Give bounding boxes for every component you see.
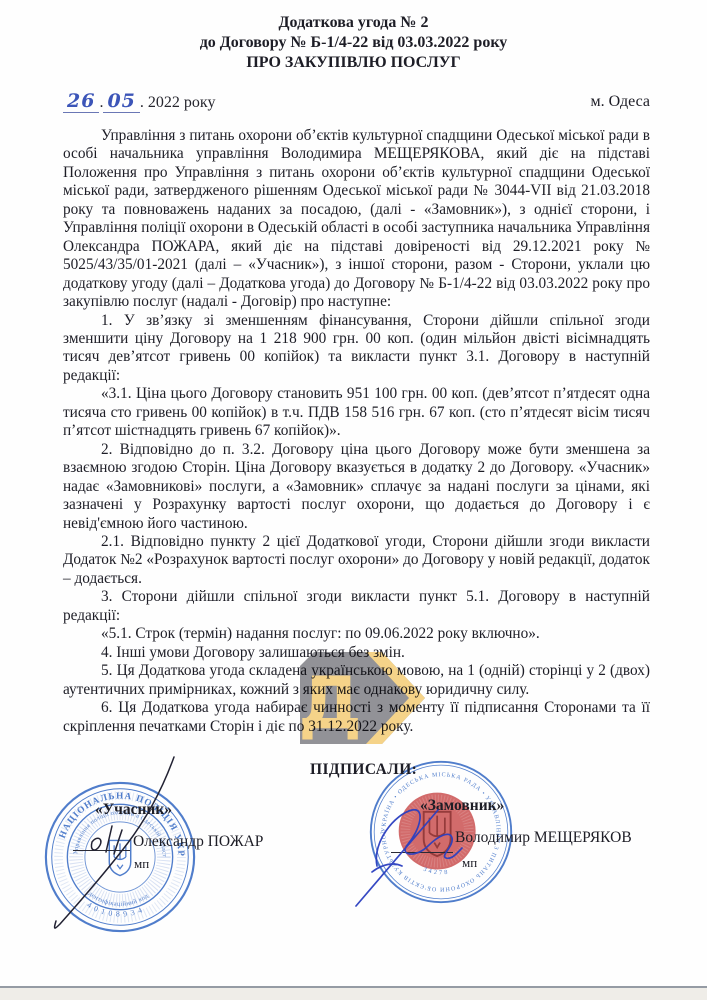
handwritten-month: 05 — [103, 90, 139, 113]
document-title-line2: до Договору № Б-1/4-22 від 03.03.2022 ро… — [0, 33, 707, 53]
document-title-block: Додаткова угода № 2 до Договору № Б-1/4-… — [0, 0, 707, 73]
clause-2: 2. Відповідно до п. 3.2. Договору ціна ц… — [63, 441, 650, 533]
handwritten-day: 26 — [63, 90, 99, 113]
participant-stamp-trident-icon — [109, 840, 130, 875]
participant-role-label: «Учасник» — [95, 801, 172, 819]
customer-role-label: «Замовник» — [420, 797, 504, 815]
scanned-contract-page: Додаткова угода № 2 до Договору № Б-1/4-… — [0, 0, 707, 1000]
participant-name: Олександр ПОЖАР — [133, 833, 263, 851]
contract-body: Управління з питань охорони об’єктів кул… — [63, 127, 650, 736]
yellow-d-watermark: Д — [290, 648, 442, 748]
watermark-letter: Д — [298, 661, 362, 745]
participant-signature-line — [73, 850, 130, 851]
scan-edge-band — [0, 988, 707, 1000]
date-row: 26.05. 2022 року м. Одеса — [63, 90, 650, 116]
document-title-line1: Додаткова угода № 2 — [0, 13, 707, 33]
clause-1: 1. У зв’язку зі зменшенням фінансування,… — [63, 312, 650, 386]
customer-seal-abbr: мп — [462, 855, 477, 871]
customer-name: Володимир МЕЩЕРЯКОВ — [455, 829, 632, 847]
participant-seal-abbr: мп — [134, 856, 149, 872]
clause-2-1: 2.1. Відповідно пункту 2 цієї Додаткової… — [63, 533, 650, 588]
clause-3-1-quote: «3.1. Ціна цього Договору становить 951 … — [63, 385, 650, 440]
clause-5-1-quote: «5.1. Строк (термін) надання послуг: по … — [63, 625, 650, 643]
date-year-suffix: . 2022 року — [140, 94, 216, 111]
signed-heading: ПІДПИСАЛИ: — [310, 761, 417, 779]
city-label: м. Одеса — [590, 93, 650, 111]
customer-signature-line — [391, 852, 453, 853]
preamble-paragraph: Управління з питань охорони об’єктів кул… — [63, 127, 650, 312]
clause-3: 3. Сторони дійшли спільної згоди викласт… — [63, 588, 650, 625]
document-title-line3: ПРО ЗАКУПІВЛЮ ПОСЛУГ — [0, 53, 707, 73]
